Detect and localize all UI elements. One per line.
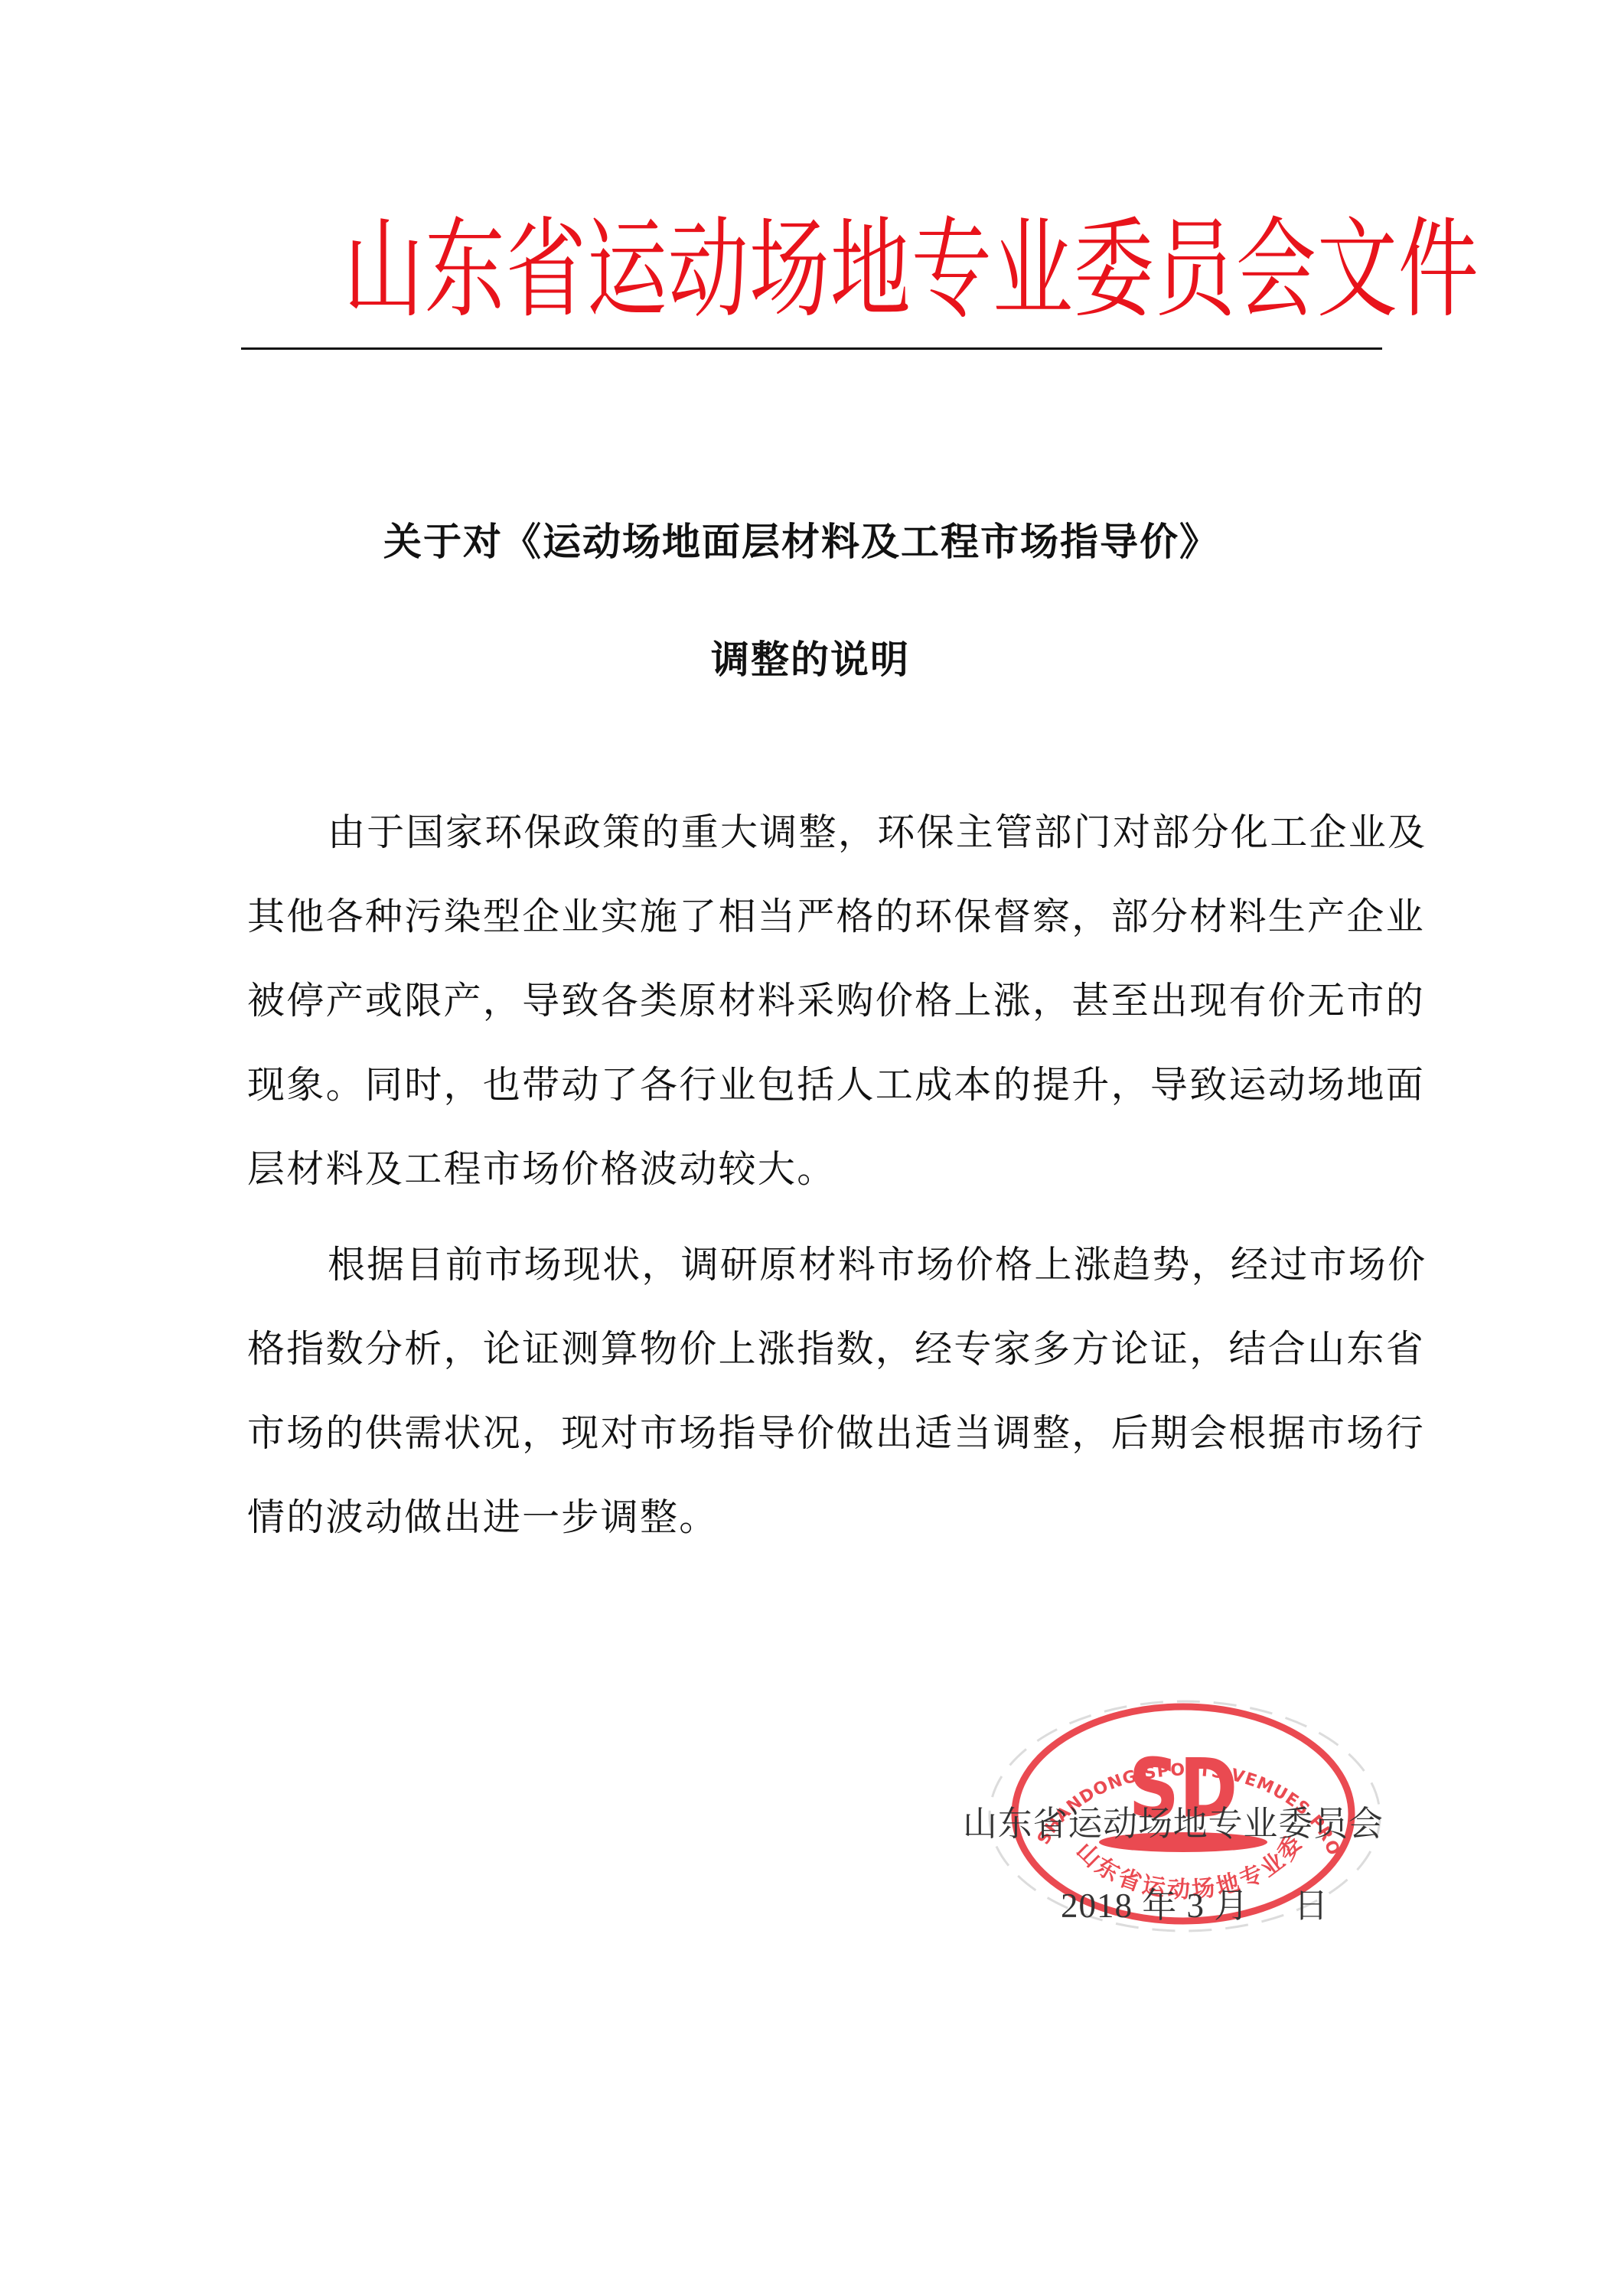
body-line: 层材料及工程市场价格波动较大。	[247, 1146, 1376, 1192]
body-line: 被停产或限产，导致各类原材料采购价格上涨，甚至出现有价无市的	[247, 978, 1376, 1024]
body-line: 其他各种污染型企业实施了相当严格的环保督察，部分材料生产企业	[247, 894, 1376, 940]
signature-organization: 山东省运动场地专业委员会	[963, 1802, 1391, 1845]
title-char: 场	[749, 205, 809, 335]
title-char: 文	[1317, 205, 1377, 335]
title-char: 省	[506, 205, 566, 335]
body-line: 由于国家环保政策的重大调整，环保主管部门对部分化工企业及	[247, 810, 1376, 856]
title-char: 委	[1074, 205, 1133, 335]
title-char: 运	[587, 205, 647, 335]
signature-date: 2018 年 3 月 日	[1061, 1884, 1325, 1927]
title-char: 业	[993, 205, 1052, 335]
title-char: 件	[1398, 205, 1458, 335]
body-line: 市场的供需状况，现对市场指导价做出适当调整，后期会根据市场行	[247, 1411, 1376, 1456]
title-char: 专	[911, 205, 971, 335]
title-char: 东	[425, 205, 484, 335]
title-char: 山	[344, 205, 403, 335]
document-subheading: 调整的说明	[0, 637, 1621, 683]
title-char: 会	[1236, 205, 1296, 335]
letterhead-divider	[241, 347, 1382, 350]
body-line: 根据目前市场现状，调研原材料市场价格上涨趋势，经过市场价	[247, 1242, 1376, 1288]
title-char: 员	[1155, 205, 1215, 335]
title-char: 地	[830, 205, 890, 335]
title-char: 动	[668, 205, 728, 335]
letterhead-title: 山 东 省 运 动 场 地 专 业 委 员 会 文 件	[333, 205, 1309, 335]
body-line: 情的波动做出进一步调整。	[247, 1495, 1376, 1541]
body-line: 现象。同时，也带动了各行业包括人工成本的提升，导致运动场地面	[247, 1062, 1376, 1108]
body-line: 格指数分析，论证测算物价上涨指数，经专家多方论证，结合山东省	[247, 1326, 1376, 1372]
document-heading: 关于对《运动场地面层材料及工程市场指导价》	[0, 519, 1603, 565]
